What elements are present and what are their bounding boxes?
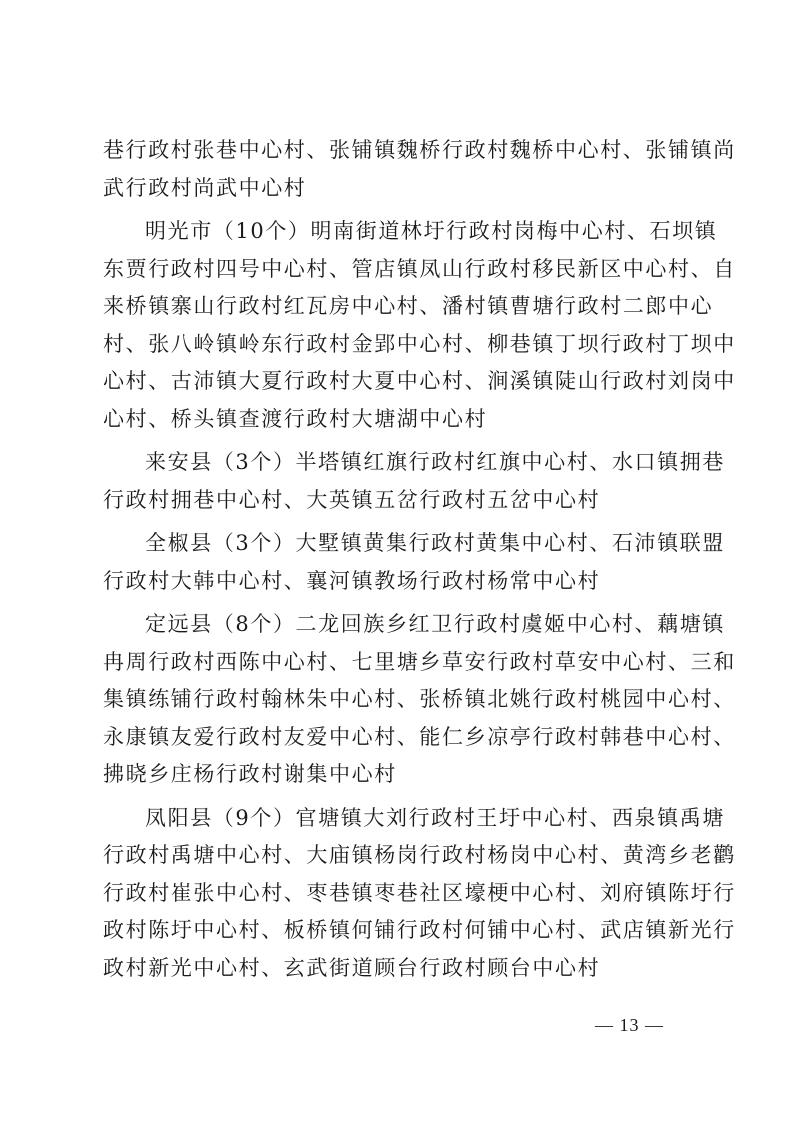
text-line: 明光市（10个）明南街道林圩行政村岗梅中心村、石坝镇 [103, 213, 713, 251]
text-line: 行政村拥巷中心村、大英镇五岔行政村五岔中心村 [103, 482, 713, 520]
dingyuan-paragraph: 定远县（8个）二龙回族乡红卫行政村虞姬中心村、藕塘镇 冉周行政村西陈中心村、七里… [103, 606, 713, 794]
text-line: 行政村禹塘中心村、大庙镇杨岗行政村杨岗中心村、黄湾乡老鹳 [103, 837, 713, 875]
laian-paragraph: 来安县（3个）半塔镇红旗行政村红旗中心村、水口镇拥巷 行政村拥巷中心村、大英镇五… [103, 444, 713, 519]
continuation-paragraph: 巷行政村张巷中心村、张铺镇魏桥行政村魏桥中心村、张铺镇尚 武行政村尚武中心村 [103, 132, 713, 207]
fengyang-paragraph: 凤阳县（9个）官塘镇大刘行政村王圩中心村、西泉镇禹塘 行政村禹塘中心村、大庙镇杨… [103, 800, 713, 988]
text-line: 村、张八岭镇岭东行政村金郢中心村、柳巷镇丁坝行政村丁坝中 [103, 326, 713, 364]
text-line: 全椒县（3个）大墅镇黄集行政村黄集中心村、石沛镇联盟 [103, 525, 713, 563]
text-line: 来安县（3个）半塔镇红旗行政村红旗中心村、水口镇拥巷 [103, 444, 713, 482]
text-line: 行政村崔张中心村、枣巷镇枣巷社区壕梗中心村、刘府镇陈圩行 [103, 875, 713, 913]
text-line: 巷行政村张巷中心村、张铺镇魏桥行政村魏桥中心村、张铺镇尚 [103, 132, 713, 170]
text-line: 行政村大韩中心村、襄河镇教场行政村杨常中心村 [103, 563, 713, 601]
text-line: 心村、古沛镇大夏行政村大夏中心村、涧溪镇陡山行政村刘岗中 [103, 363, 713, 401]
text-line: 集镇练铺行政村翰林朱中心村、张桥镇北姚行政村桃园中心村、 [103, 681, 713, 719]
text-line: 武行政村尚武中心村 [103, 170, 713, 208]
mingguang-paragraph: 明光市（10个）明南街道林圩行政村岗梅中心村、石坝镇 东贾行政村四号中心村、管店… [103, 213, 713, 438]
page-number: — 13 — [595, 1015, 664, 1036]
quanjiao-paragraph: 全椒县（3个）大墅镇黄集行政村黄集中心村、石沛镇联盟 行政村大韩中心村、襄河镇教… [103, 525, 713, 600]
text-line: 冉周行政村西陈中心村、七里塘乡草安行政村草安中心村、三和 [103, 644, 713, 682]
text-line: 拂晓乡庄杨行政村谢集中心村 [103, 756, 713, 794]
text-line: 心村、桥头镇查渡行政村大塘湖中心村 [103, 401, 713, 439]
text-line: 政村陈圩中心村、板桥镇何铺行政村何铺中心村、武店镇新光行 [103, 912, 713, 950]
text-line: 来桥镇寨山行政村红瓦房中心村、潘村镇曹塘行政村二郎中心 [103, 288, 713, 326]
text-line: 凤阳县（9个）官塘镇大刘行政村王圩中心村、西泉镇禹塘 [103, 800, 713, 838]
text-line: 东贾行政村四号中心村、管店镇凤山行政村移民新区中心村、自 [103, 251, 713, 289]
text-line: 政村新光中心村、玄武街道顾台行政村顾台中心村 [103, 950, 713, 988]
text-line: 定远县（8个）二龙回族乡红卫行政村虞姬中心村、藕塘镇 [103, 606, 713, 644]
text-line: 永康镇友爱行政村友爱中心村、能仁乡凉亭行政村韩巷中心村、 [103, 719, 713, 757]
document-body: 巷行政村张巷中心村、张铺镇魏桥行政村魏桥中心村、张铺镇尚 武行政村尚武中心村 明… [103, 132, 713, 993]
